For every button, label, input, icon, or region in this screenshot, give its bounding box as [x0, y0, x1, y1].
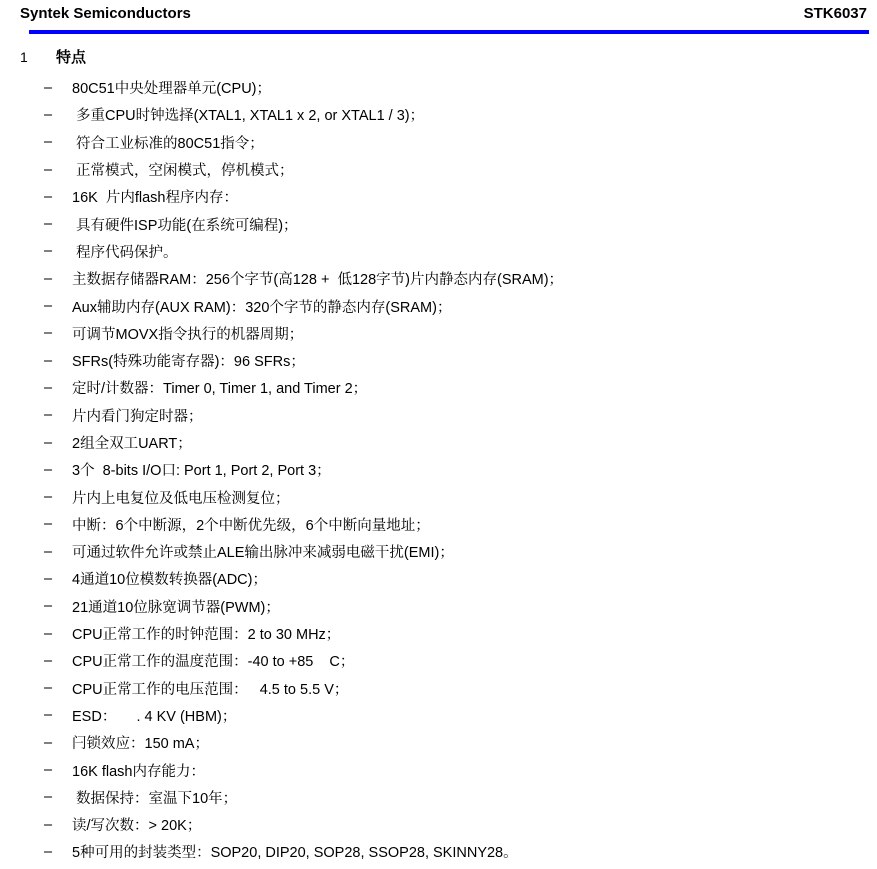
feature-text: 闩锁效应：150 mA；: [72, 732, 209, 753]
bullet-dash: –: [44, 544, 72, 560]
bullet-dash: –: [44, 353, 72, 369]
list-item: –16K 片内flash程序内存：: [44, 183, 563, 210]
list-item: –CPU正常工作的电压范围： 4.5 to 5.5 V；: [44, 675, 563, 702]
feature-text: 3个 8-bits I/O口: Port 1, Port 2, Port 3；: [72, 459, 331, 480]
feature-text: 21通道10位脉宽调节器(PWM)；: [72, 596, 280, 617]
bullet-dash: –: [44, 516, 72, 532]
feature-text: 符合工业标准的80C51指令；: [72, 132, 264, 153]
bullet-dash: –: [44, 107, 72, 123]
feature-text: 多重CPU时钟选择(XTAL1, XTAL1 x 2, or XTAL1 / 3…: [72, 104, 424, 125]
feature-text: 80C51中央处理器单元(CPU)；: [72, 77, 271, 98]
bullet-dash: –: [44, 680, 72, 696]
list-item: –80C51中央处理器单元(CPU)；: [44, 74, 563, 101]
section-title: 特点: [56, 46, 86, 67]
feature-text: Aux辅助内存(AUX RAM)：320个字节的静态内存(SRAM)；: [72, 296, 451, 317]
feature-text: SFRs(特殊功能寄存器)：96 SFRs；: [72, 350, 305, 371]
list-item: –3个 8-bits I/O口: Port 1, Port 2, Port 3；: [44, 456, 563, 483]
bullet-dash: –: [44, 598, 72, 614]
bullet-dash: –: [44, 735, 72, 751]
feature-text: 具有硬件ISP功能(在系统可编程)；: [72, 214, 298, 235]
feature-list: –80C51中央处理器单元(CPU)；– 多重CPU时钟选择(XTAL1, XT…: [44, 74, 563, 866]
list-item: – 程序代码保护。: [44, 238, 563, 265]
page-header: Syntek Semiconductors STK6037: [20, 2, 867, 24]
bullet-dash: –: [44, 789, 72, 805]
feature-text: 正常模式，空闲模式，停机模式；: [72, 159, 294, 180]
bullet-dash: –: [44, 298, 72, 314]
feature-text: 16K flash内存能力：: [72, 760, 205, 781]
feature-text: 数据保持：室温下10年；: [72, 787, 237, 808]
bullet-dash: –: [44, 817, 72, 833]
feature-text: 可通过软件允许或禁止ALE输出脉冲来减弱电磁干扰(EMI)；: [72, 541, 454, 562]
feature-text: CPU正常工作的温度范围：-40 to +85 C；: [72, 650, 354, 671]
bullet-dash: –: [44, 189, 72, 205]
list-item: –CPU正常工作的时钟范围：2 to 30 MHz；: [44, 620, 563, 647]
list-item: –2组全双工UART；: [44, 429, 563, 456]
bullet-dash: –: [44, 571, 72, 587]
bullet-dash: –: [44, 162, 72, 178]
bullet-dash: –: [44, 462, 72, 478]
list-item: –SFRs(特殊功能寄存器)：96 SFRs；: [44, 347, 563, 374]
feature-text: 定时/计数器：Timer 0, Timer 1, and Timer 2；: [72, 377, 367, 398]
bullet-dash: –: [44, 271, 72, 287]
list-item: –ESD： . 4 KV (HBM)；: [44, 702, 563, 729]
section-heading: 1 特点: [20, 46, 86, 67]
list-item: – 数据保持：室温下10年；: [44, 784, 563, 811]
feature-text: 4通道10位模数转换器(ADC)；: [72, 568, 267, 589]
feature-text: 2组全双工UART；: [72, 432, 192, 453]
header-divider: [29, 30, 869, 34]
list-item: – 具有硬件ISP功能(在系统可编程)；: [44, 210, 563, 237]
list-item: –4通道10位模数转换器(ADC)；: [44, 565, 563, 592]
list-item: –5种可用的封装类型：SOP20, DIP20, SOP28, SSOP28, …: [44, 838, 563, 865]
list-item: –闩锁效应：150 mA；: [44, 729, 563, 756]
part-number: STK6037: [804, 5, 867, 22]
feature-text: 5种可用的封装类型：SOP20, DIP20, SOP28, SSOP28, S…: [72, 841, 518, 862]
list-item: – 正常模式，空闲模式，停机模式；: [44, 156, 563, 183]
bullet-dash: –: [44, 216, 72, 232]
feature-text: 可调节MOVX指令执行的机器周期；: [72, 323, 303, 344]
feature-text: 读/写次数：> 20K；: [72, 814, 201, 835]
list-item: –定时/计数器：Timer 0, Timer 1, and Timer 2；: [44, 374, 563, 401]
list-item: –中断：6个中断源，2个中断优先级，6个中断向量地址；: [44, 511, 563, 538]
list-item: –读/写次数：> 20K；: [44, 811, 563, 838]
list-item: –可调节MOVX指令执行的机器周期；: [44, 320, 563, 347]
bullet-dash: –: [44, 489, 72, 505]
bullet-dash: –: [44, 80, 72, 96]
list-item: –16K flash内存能力：: [44, 756, 563, 783]
feature-text: 中断：6个中断源，2个中断优先级，6个中断向量地址；: [72, 514, 430, 535]
list-item: –21通道10位脉宽调节器(PWM)；: [44, 593, 563, 620]
list-item: – 符合工业标准的80C51指令；: [44, 129, 563, 156]
feature-text: 片内上电复位及低电压检测复位；: [72, 487, 290, 508]
feature-text: 片内看门狗定时器；: [72, 405, 203, 426]
list-item: –Aux辅助内存(AUX RAM)：320个字节的静态内存(SRAM)；: [44, 292, 563, 319]
company-name: Syntek Semiconductors: [20, 5, 191, 22]
bullet-dash: –: [44, 762, 72, 778]
bullet-dash: –: [44, 243, 72, 259]
bullet-dash: –: [44, 325, 72, 341]
bullet-dash: –: [44, 653, 72, 669]
feature-text: ESD： . 4 KV (HBM)；: [72, 705, 236, 726]
list-item: – 多重CPU时钟选择(XTAL1, XTAL1 x 2, or XTAL1 /…: [44, 101, 563, 128]
bullet-dash: –: [44, 844, 72, 860]
bullet-dash: –: [44, 707, 72, 723]
list-item: –可通过软件允许或禁止ALE输出脉冲来减弱电磁干扰(EMI)；: [44, 538, 563, 565]
list-item: –片内看门狗定时器；: [44, 402, 563, 429]
feature-text: CPU正常工作的电压范围： 4.5 to 5.5 V；: [72, 678, 348, 699]
feature-text: 主数据存储器RAM：256个字节(高128 + 低128字节)片内静态内存(SR…: [72, 268, 563, 289]
feature-text: 程序代码保护。: [72, 241, 178, 262]
bullet-dash: –: [44, 407, 72, 423]
list-item: –CPU正常工作的温度范围：-40 to +85 C；: [44, 647, 563, 674]
bullet-dash: –: [44, 626, 72, 642]
bullet-dash: –: [44, 435, 72, 451]
bullet-dash: –: [44, 134, 72, 150]
feature-text: CPU正常工作的时钟范围：2 to 30 MHz；: [72, 623, 340, 644]
feature-text: 16K 片内flash程序内存：: [72, 186, 238, 207]
bullet-dash: –: [44, 380, 72, 396]
list-item: –主数据存储器RAM：256个字节(高128 + 低128字节)片内静态内存(S…: [44, 265, 563, 292]
list-item: –片内上电复位及低电压检测复位；: [44, 483, 563, 510]
section-number: 1: [20, 49, 56, 65]
